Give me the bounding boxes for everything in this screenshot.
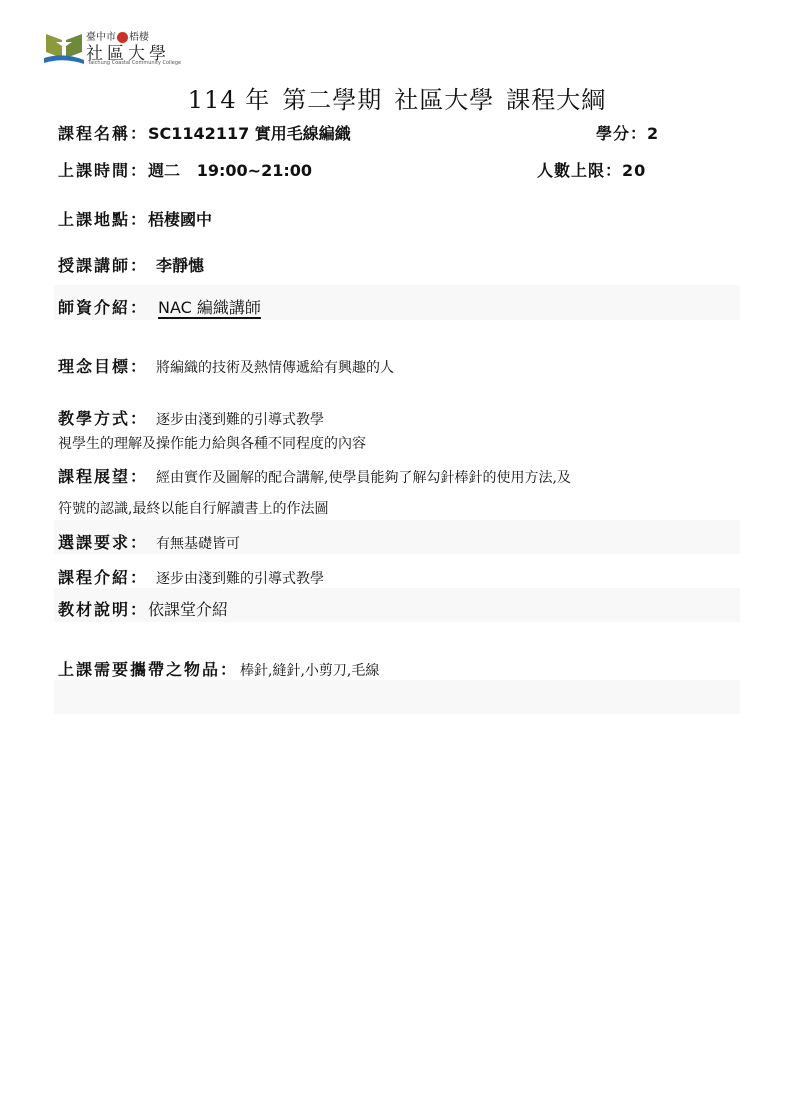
shaded-band — [54, 680, 740, 714]
capacity-row: 人數上限：20 — [537, 158, 646, 181]
college-logo: 臺中市梧棲 社區大學 Taichung Coastal Community Co… — [44, 28, 174, 68]
requirements-row: 選課要求：有無基礎皆可 — [58, 530, 240, 553]
course-intro-row: 課程介紹：逐步由淺到難的引導式教學 — [58, 565, 324, 588]
course-name-row: 課程名稱：SC1142117 實用毛線編織 — [58, 121, 351, 144]
schedule-row: 上課時間：週二 19:00~21:00 — [58, 158, 312, 181]
instructor-row: 授課講師：李靜憓 — [58, 253, 204, 276]
instructor-bio-row: 師資介紹：NAC 編織講師 — [58, 295, 261, 318]
logo-emblem-icon — [44, 30, 84, 64]
bring-items-row: 上課需要攜帶之物品：棒針,縫針,小剪刀,毛線 — [58, 657, 379, 680]
location-row: 上課地點：梧棲國中 — [58, 207, 212, 230]
outlook-row: 課程展望：經由實作及圖解的配合講解,使學員能夠了解勾針棒針的使用方法,及 — [58, 464, 571, 487]
philosophy-row: 理念目標：將編織的技術及熱情傳遞給有興趣的人 — [58, 354, 394, 377]
outlook-line2: 符號的認識,最終以能自行解讀書上的作法圖 — [58, 498, 328, 518]
page-title: 114 年第二學期社區大學課程大綱 — [0, 80, 794, 115]
credits-row: 學分：2 — [596, 121, 659, 144]
teaching-method-line2: 視學生的理解及操作能力給與各種不同程度的內容 — [58, 433, 366, 453]
materials-row: 教材說明：依課堂介紹 — [58, 597, 228, 620]
course-name-value: SC1142117 實用毛線編織 — [148, 124, 351, 143]
teaching-method-row: 教學方式：逐步由淺到難的引導式教學 — [58, 406, 324, 429]
logo-english: Taichung Coastal Community College — [88, 60, 181, 66]
